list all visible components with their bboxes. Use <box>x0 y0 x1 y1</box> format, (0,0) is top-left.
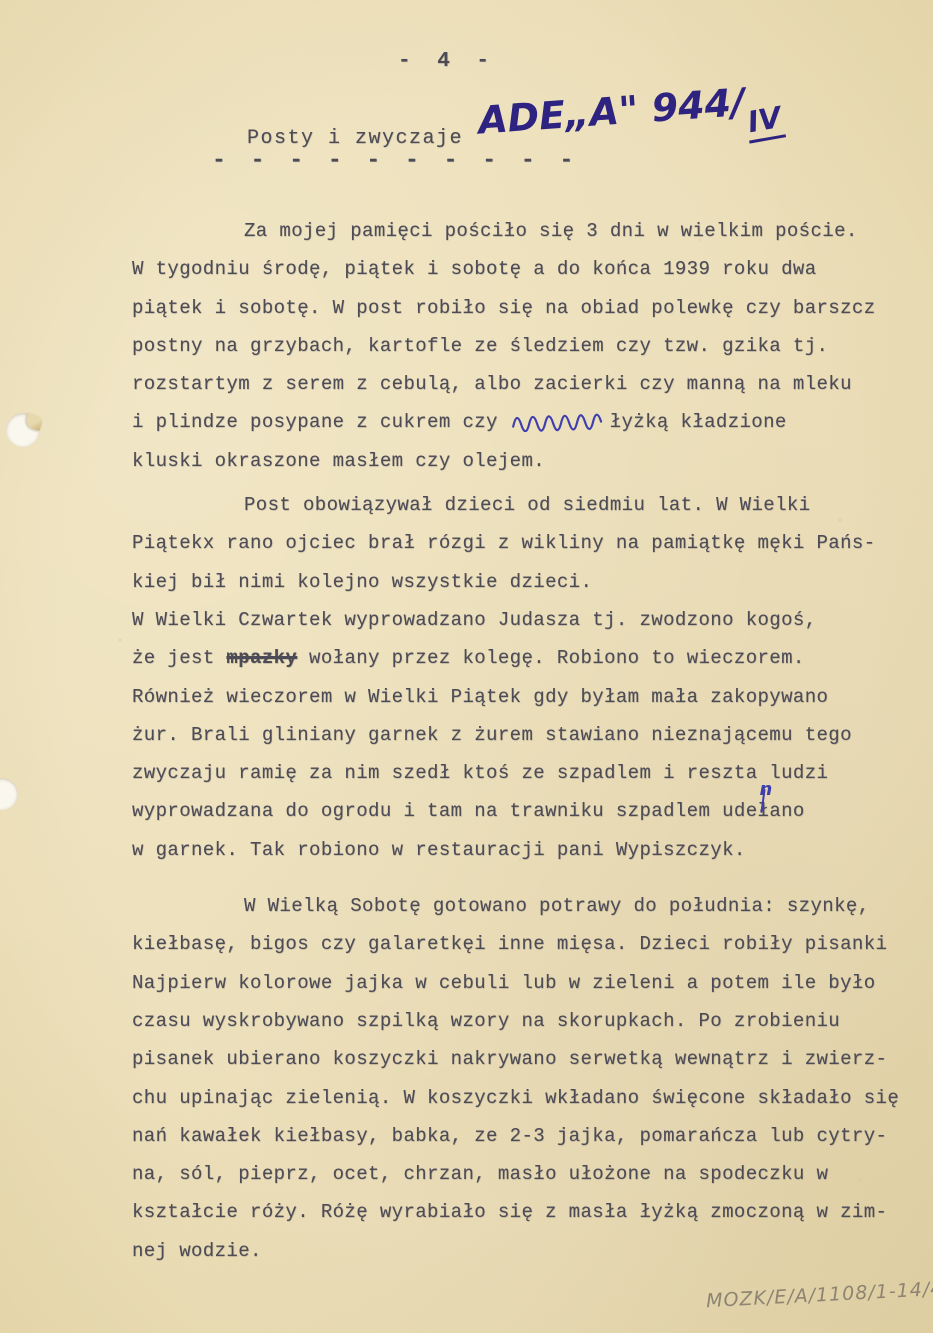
text-segment: łyżką kładzione <box>610 411 787 433</box>
punch-hole-top <box>6 413 40 447</box>
text-line: pisanek ubierano koszyczki nakrywano ser… <box>132 1040 932 1078</box>
text-line-with-strikethrough: że jest mpazky wołany przez kolegę. Robi… <box>132 639 932 677</box>
text-line: nej wodzie. <box>132 1232 932 1270</box>
text-line: Post obowiązywał dzieci od siedmiu lat. … <box>132 486 932 524</box>
corrected-character: łn <box>758 792 770 830</box>
struck-out-word: mpazky <box>226 647 297 669</box>
text-line: Również wieczorem w Wielki Piątek gdy by… <box>132 678 932 716</box>
text-line: nań kawałek kiełbasy, babka, ze 2-3 jajk… <box>132 1117 932 1155</box>
text-segment: ano <box>769 800 804 822</box>
text-line: postny na grzybach, kartofle ze śledziem… <box>132 327 932 365</box>
text-line-with-scribble: i plindze posypane z cukrem czy łyżką kł… <box>132 403 932 441</box>
text-line: chu upinając zielenią. W koszyczki wkład… <box>132 1079 932 1117</box>
ink-scribble-redaction <box>510 410 610 430</box>
text-segment: i plindze posypane z cukrem czy <box>132 411 510 433</box>
text-line: żur. Brali gliniany garnek z żurem stawi… <box>132 716 932 754</box>
text-line: Za mojej pamięci pościło się 3 dni w wie… <box>132 212 932 250</box>
text-line: kształcie róży. Różę wyrabiało się z mas… <box>132 1193 932 1231</box>
text-line: rozstartym z serem z cebulą, albo zacier… <box>132 365 932 403</box>
archive-number-main: ADE„A" 944/ <box>477 80 746 143</box>
text-line: kiej bił nimi kolejno wszystkie dzieci. <box>132 563 932 601</box>
handwritten-archive-number: ADE„A" 944/IV <box>477 77 784 144</box>
punch-hole-bottom <box>0 778 18 810</box>
paragraph-3: W Wielką Sobotę gotowano potrawy do połu… <box>132 887 932 1270</box>
text-segment: że jest <box>132 647 226 669</box>
scanned-document-page: - 4 - Posty i zwyczaje - - - - - - - - -… <box>0 0 933 1333</box>
text-line: W Wielką Sobotę gotowano potrawy do połu… <box>132 887 932 925</box>
heading-dashed-underline: - - - - - - - - - - <box>212 147 574 173</box>
text-segment: wołany przez kolegę. Robiono to wieczore… <box>297 647 804 669</box>
text-line: kiełbasę, bigos czy galaretkęi inne mięs… <box>132 925 932 963</box>
text-line: zwyczaju ramię za nim szedł ktoś ze szpa… <box>132 754 932 792</box>
text-line: czasu wyskrobywano szpilką wzory na skor… <box>132 1002 932 1040</box>
text-line: w garnek. Tak robiono w restauracji pani… <box>132 831 932 869</box>
paragraph-2: Post obowiązywał dzieci od siedmiu lat. … <box>132 486 932 869</box>
pencil-catalog-number: MOZK/E/A/1108/1-14/4 <box>706 1278 933 1312</box>
handwritten-insertion: n <box>760 771 773 809</box>
text-line: piątek i sobotę. W post robiło się na ob… <box>132 289 932 327</box>
text-line: Piątekx rano ojciec brał rózgi z wikliny… <box>132 524 932 562</box>
text-line: Najpierw kolorowe jajka w cebuli lub w z… <box>132 964 932 1002</box>
text-segment: wyprowadzana do ogrodu i tam na trawniku… <box>132 800 758 822</box>
archive-number-suffix: IV <box>743 100 786 144</box>
paragraph-1: Za mojej pamięci pościło się 3 dni w wie… <box>132 212 932 480</box>
document-body: Za mojej pamięci pościło się 3 dni w wie… <box>132 212 932 1270</box>
text-line: W tygodniu środę, piątek i sobotę a do k… <box>132 250 932 288</box>
text-line: na, sól, pieprz, ocet, chrzan, masło uło… <box>132 1155 932 1193</box>
page-number: - 4 - <box>398 50 496 73</box>
text-line: kluski okraszone masłem czy olejem. <box>132 442 932 480</box>
text-line-with-correction: wyprowadzana do ogrodu i tam na trawniku… <box>132 792 932 830</box>
text-line: W Wielki Czwartek wyprowadzano Judasza t… <box>132 601 932 639</box>
